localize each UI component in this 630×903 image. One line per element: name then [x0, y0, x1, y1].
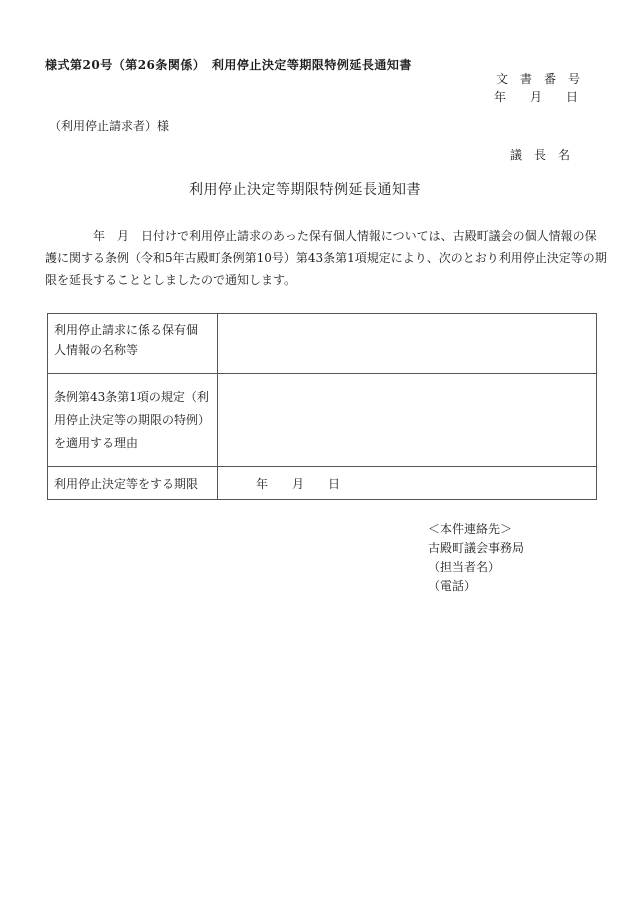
chairman-signature: 議 長 名 [510, 148, 570, 162]
row-label-line: 利用停止請求に係る保有個 [54, 320, 212, 340]
body-line: 年 月 日付けで利用停止請求のあった保有個人情報については、古殿町議会の個人情報… [45, 225, 590, 247]
contact-block: ＜本件連絡先＞ 古殿町議会事務局 （担当者名） （電話） [428, 520, 524, 596]
table-row-reason: 条例第43条第1項の規定（利 用停止決定等の期限の特例） を適用する理由 [48, 374, 597, 467]
body-line: 限を延長することとしましたので通知します。 [45, 269, 590, 291]
recipient-name: （利用停止請求者）様 [49, 119, 169, 133]
row-label-personal-info: 利用停止請求に係る保有個 人情報の名称等 [48, 314, 218, 374]
table-row-deadline: 利用停止決定等をする期限 年 月 日 [48, 467, 597, 500]
row-value-reason [218, 374, 597, 467]
row-label-line: を適用する理由 [54, 432, 212, 455]
table-row-personal-info: 利用停止請求に係る保有個 人情報の名称等 [48, 314, 597, 374]
body-paragraph: 年 月 日付けで利用停止請求のあった保有個人情報については、古殿町議会の個人情報… [45, 225, 590, 291]
document-title: 利用停止決定等期限特例延長通知書 [0, 179, 630, 199]
body-line: 護に関する条例（令和5年古殿町条例第10号）第43条第1項規定により、次のとおり… [45, 247, 590, 269]
form-number-heading: 様式第20号（第26条関係） 利用停止決定等期限特例延長通知書 [45, 56, 412, 73]
contact-person: （担当者名） [428, 558, 524, 577]
document-date-field: 年 月 日 [494, 90, 578, 104]
contact-heading: ＜本件連絡先＞ [428, 520, 524, 539]
document-page: 様式第20号（第26条関係） 利用停止決定等期限特例延長通知書 文 書 番 号 … [0, 0, 630, 903]
notice-table: 利用停止請求に係る保有個 人情報の名称等 条例第43条第1項の規定（利 用停止決… [47, 313, 597, 500]
document-number-field: 文 書 番 号 [496, 72, 580, 86]
contact-office: 古殿町議会事務局 [428, 539, 524, 558]
row-label-deadline: 利用停止決定等をする期限 [48, 467, 218, 500]
row-value-deadline: 年 月 日 [218, 467, 597, 500]
row-label-reason: 条例第43条第1項の規定（利 用停止決定等の期限の特例） を適用する理由 [48, 374, 218, 467]
contact-phone: （電話） [428, 577, 524, 596]
row-label-line: 条例第43条第1項の規定（利 [54, 386, 212, 409]
row-value-personal-info [218, 314, 597, 374]
row-label-line: 利用停止決定等をする期限 [54, 475, 212, 492]
row-label-line: 人情報の名称等 [54, 340, 212, 360]
row-label-line: 用停止決定等の期限の特例） [54, 409, 212, 432]
